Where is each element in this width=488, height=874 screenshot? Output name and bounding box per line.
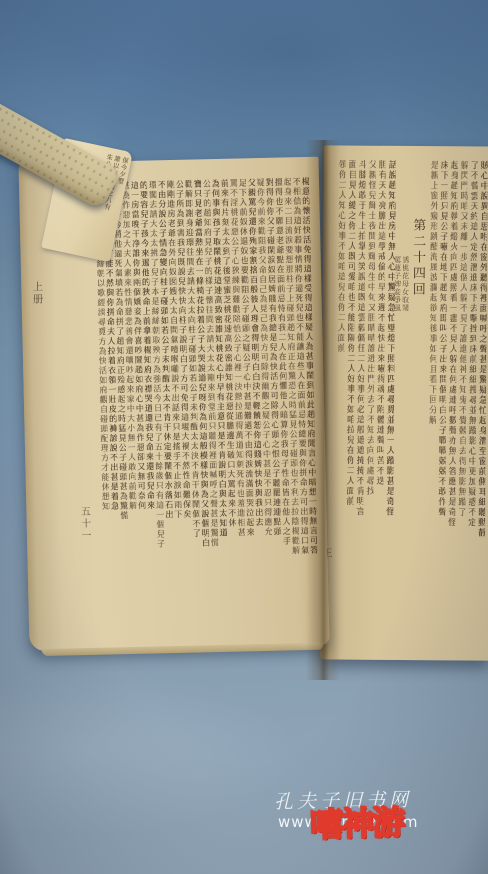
chapter-heading: 第二十四回 [411, 160, 428, 298]
column-end-marker: 正 [326, 159, 335, 557]
watermark: 孔夫子旧书网 www.kongfz.com 嘻神游 [248, 784, 488, 874]
watermark-overlay-text: 嘻神游 [309, 796, 404, 846]
left-page-text: 楊意的懷活快活免得這樣受得這樣疑人為甚事鬧到如此趙知府聞言心中暗想一時無言可答不… [85, 177, 319, 636]
volume-label: 上册 [30, 281, 46, 306]
right-page-text: 賊心中說異自思咐在窗外聽得裡面喊呼之聲甚是驚疑急忙起身潛至窗前側耳細聽動靜了不曾… [326, 159, 487, 640]
chapter-subtitle-left: 罵蓮子婢妾爭風 [395, 256, 403, 312]
open-book: 賊心中說異自思咐在窗外聽得裡面喊呼之聲甚是驚疑急忙起身潛至窗前側耳細聽動靜了不曾… [0, 140, 488, 680]
page-number: 五十一 [76, 506, 92, 542]
right-book-page: 賊心中說異自思咐在窗外聽得裡面喊呼之聲甚是驚疑急忙起身潛至窗前側耳細聽動靜了不曾… [320, 145, 488, 660]
text-column: 是親上窗外窺形跳醋海風波瀾起欲知後事如何且看下回分解 [426, 160, 438, 425]
text-column: 領你二人知心好事不如咱這兒在你二人面前 [334, 159, 345, 353]
chapter-subtitle-right: 誘桃花母女取鬧 [403, 256, 411, 312]
